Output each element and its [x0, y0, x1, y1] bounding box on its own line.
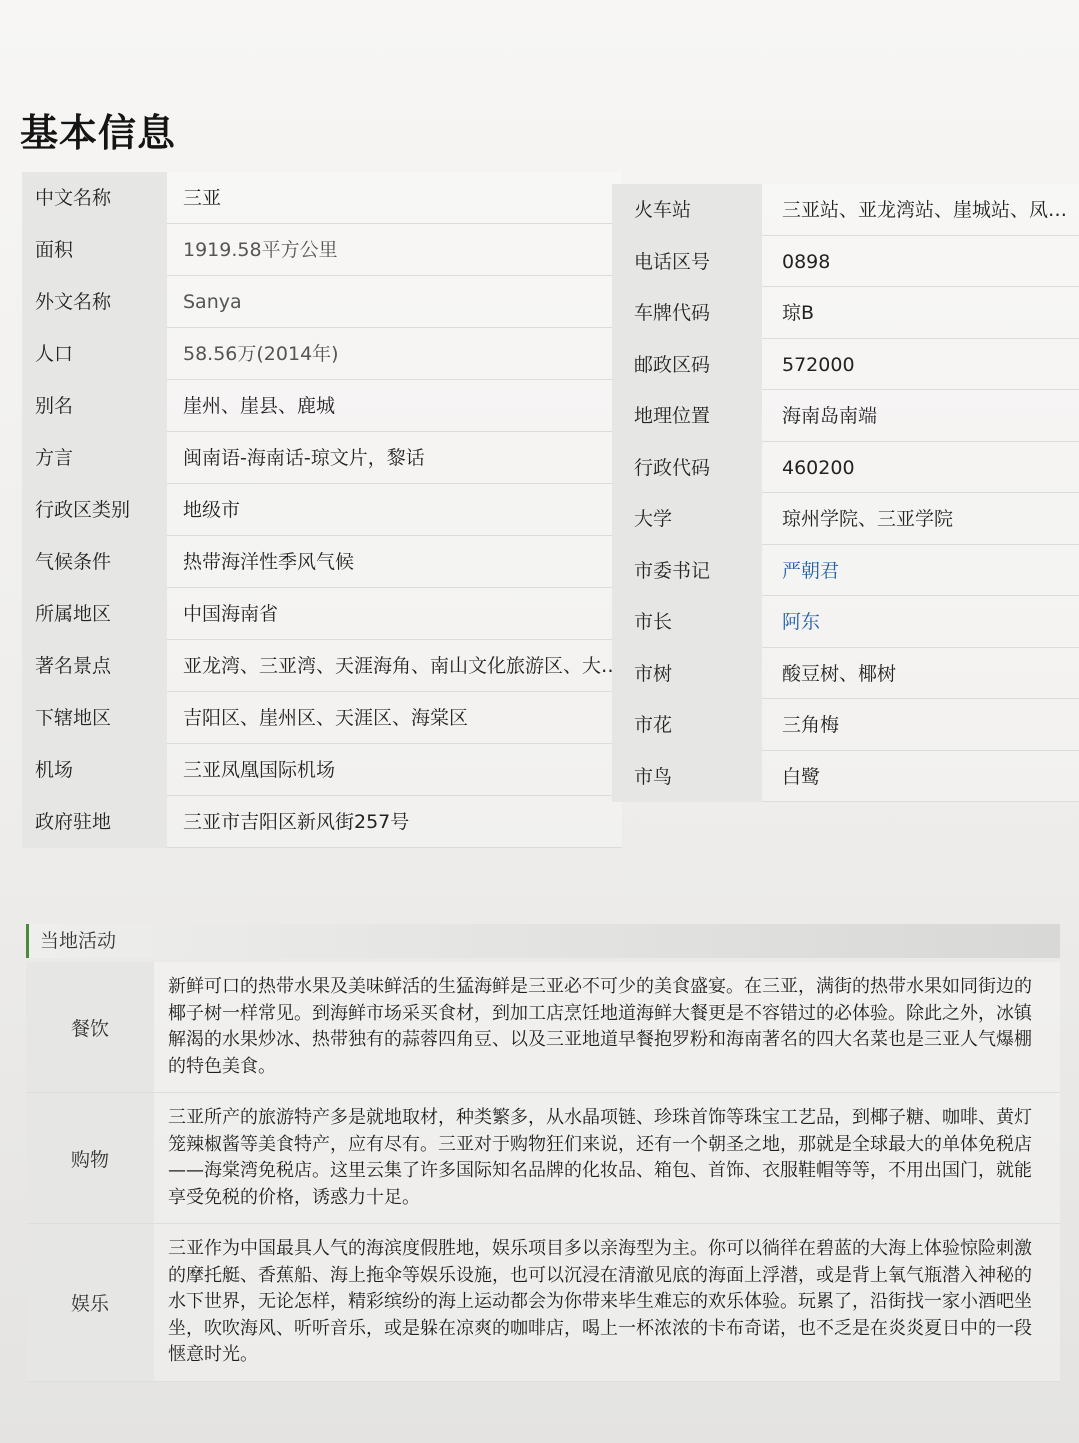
- info-row: 市委书记严朝君: [612, 545, 1079, 597]
- party-secretary-link[interactable]: 严朝君: [762, 545, 1079, 597]
- info-row: 机场三亚凤凰国际机场: [22, 744, 622, 796]
- info-label: 面积: [22, 224, 167, 276]
- info-row: 面积1919.58平方公里: [22, 224, 622, 276]
- info-row: 外文名称Sanya: [22, 276, 622, 328]
- activity-label: 餐饮: [26, 962, 154, 1092]
- info-label: 市鸟: [612, 751, 762, 803]
- info-row: 邮政区码572000: [612, 339, 1079, 391]
- info-label: 火车站: [612, 184, 762, 236]
- info-label: 大学: [612, 493, 762, 545]
- info-value: 热带海洋性季风气候: [167, 536, 622, 588]
- info-value: 海南岛南端: [762, 390, 1079, 442]
- info-value: 琼州学院、三亚学院: [762, 493, 1079, 545]
- info-label: 市长: [612, 596, 762, 648]
- info-label: 气候条件: [22, 536, 167, 588]
- info-row: 市长阿东: [612, 596, 1079, 648]
- info-row: 地理位置海南岛南端: [612, 390, 1079, 442]
- info-label: 车牌代码: [612, 287, 762, 339]
- info-row: 中文名称三亚: [22, 172, 622, 224]
- activity-row-dining: 餐饮 新鲜可口的热带水果及美味鲜活的生猛海鲜是三亚必不可少的美食盛宴。在三亚，满…: [26, 962, 1060, 1093]
- info-label: 市树: [612, 648, 762, 700]
- info-label: 地理位置: [612, 390, 762, 442]
- page-title: 基本信息: [20, 102, 176, 157]
- info-value: 崖州、崖县、鹿城: [167, 380, 622, 432]
- info-label: 政府驻地: [22, 796, 167, 848]
- info-value: 三角梅: [762, 699, 1079, 751]
- info-row: 下辖地区吉阳区、崖州区、天涯区、海棠区: [22, 692, 622, 744]
- info-label: 别名: [22, 380, 167, 432]
- activity-description: 三亚所产的旅游特产多是就地取材，种类繁多，从水晶项链、珍珠首饰等珠宝工艺品，到椰…: [154, 1093, 1060, 1223]
- info-row: 气候条件热带海洋性季风气候: [22, 536, 622, 588]
- info-label: 方言: [22, 432, 167, 484]
- activity-description: 新鲜可口的热带水果及美味鲜活的生猛海鲜是三亚必不可少的美食盛宴。在三亚，满街的热…: [154, 962, 1060, 1092]
- info-row: 所属地区中国海南省: [22, 588, 622, 640]
- info-row: 市树酸豆树、椰树: [612, 648, 1079, 700]
- info-label: 电话区号: [612, 236, 762, 288]
- info-row: 市鸟白鹭: [612, 751, 1079, 803]
- info-row: 火车站三亚站、亚龙湾站、崖城站、凤凰机场站: [612, 184, 1079, 236]
- info-label: 外文名称: [22, 276, 167, 328]
- activity-label: 娱乐: [26, 1224, 154, 1381]
- info-value: 地级市: [167, 484, 622, 536]
- info-label: 市委书记: [612, 545, 762, 597]
- activity-description: 三亚作为中国最具人气的海滨度假胜地，娱乐项目多以亲海型为主。你可以徜徉在碧蓝的大…: [154, 1224, 1060, 1381]
- info-label: 市花: [612, 699, 762, 751]
- info-label: 著名景点: [22, 640, 167, 692]
- info-label: 邮政区码: [612, 339, 762, 391]
- section-header-local-activities: 当地活动: [26, 924, 1060, 958]
- info-value: 三亚市吉阳区新风街257号: [167, 796, 622, 848]
- info-value: 中国海南省: [167, 588, 622, 640]
- info-row: 人口58.56万(2014年): [22, 328, 622, 380]
- info-label: 机场: [22, 744, 167, 796]
- info-label: 所属地区: [22, 588, 167, 640]
- info-value: 琼B: [762, 287, 1079, 339]
- info-row: 方言闽南语-海南话-琼文片，黎话: [22, 432, 622, 484]
- info-label: 行政代码: [612, 442, 762, 494]
- info-value: 三亚站、亚龙湾站、崖城站、凤凰机场站: [762, 184, 1079, 236]
- info-value-expandable[interactable]: 亚龙湾、三亚湾、天涯海角、南山文化旅游区、大小...: [167, 640, 622, 692]
- info-label: 下辖地区: [22, 692, 167, 744]
- info-value: 白鹭: [762, 751, 1079, 803]
- info-row: 行政代码460200: [612, 442, 1079, 494]
- activities-table: 餐饮 新鲜可口的热带水果及美味鲜活的生猛海鲜是三亚必不可少的美食盛宴。在三亚，满…: [26, 962, 1060, 1382]
- info-row: 电话区号0898: [612, 236, 1079, 288]
- info-value: 三亚凤凰国际机场: [167, 744, 622, 796]
- activity-row-shopping: 购物 三亚所产的旅游特产多是就地取材，种类繁多，从水晶项链、珍珠首饰等珠宝工艺品…: [26, 1093, 1060, 1224]
- info-column-left: 中文名称三亚 面积1919.58平方公里 外文名称Sanya 人口58.56万(…: [22, 172, 622, 848]
- info-value: 闽南语-海南话-琼文片，黎话: [167, 432, 622, 484]
- info-row: 著名景点亚龙湾、三亚湾、天涯海角、南山文化旅游区、大小...: [22, 640, 622, 692]
- info-row: 车牌代码琼B: [612, 287, 1079, 339]
- info-value: 572000: [762, 339, 1079, 391]
- info-value: 酸豆树、椰树: [762, 648, 1079, 700]
- activity-label: 购物: [26, 1093, 154, 1223]
- info-value: 1919.58平方公里: [167, 224, 622, 276]
- info-row: 别名崖州、崖县、鹿城: [22, 380, 622, 432]
- info-label: 中文名称: [22, 172, 167, 224]
- info-column-right: 火车站三亚站、亚龙湾站、崖城站、凤凰机场站 电话区号0898 车牌代码琼B 邮政…: [612, 184, 1079, 802]
- info-value: 三亚: [167, 172, 622, 224]
- info-value: 460200: [762, 442, 1079, 494]
- info-row: 市花三角梅: [612, 699, 1079, 751]
- info-row: 大学琼州学院、三亚学院: [612, 493, 1079, 545]
- info-value: 58.56万(2014年): [167, 328, 622, 380]
- info-value: 0898: [762, 236, 1079, 288]
- info-row: 行政区类别地级市: [22, 484, 622, 536]
- info-label: 行政区类别: [22, 484, 167, 536]
- mayor-link[interactable]: 阿东: [762, 596, 1079, 648]
- activity-row-entertainment: 娱乐 三亚作为中国最具人气的海滨度假胜地，娱乐项目多以亲海型为主。你可以徜徉在碧…: [26, 1224, 1060, 1382]
- info-label: 人口: [22, 328, 167, 380]
- info-value: Sanya: [167, 276, 622, 328]
- info-row: 政府驻地三亚市吉阳区新风街257号: [22, 796, 622, 848]
- info-value: 吉阳区、崖州区、天涯区、海棠区: [167, 692, 622, 744]
